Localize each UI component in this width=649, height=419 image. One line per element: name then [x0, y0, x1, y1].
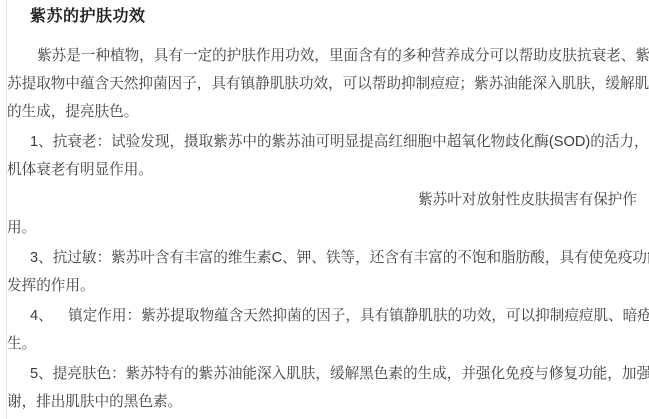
text-line: 4、 镇定作用：紫苏提取物蕴含天然抑菌的因子，具有镇静肌肤的功效，可以抑制痘痘肌… [7, 302, 637, 330]
intro-paragraph: 紫苏是一种植物，具有一定的护肤作用功效，里面含有的多种营养成分可以帮助皮肤抗衰老… [7, 42, 637, 126]
list-item-anti-allergy: 3、抗过敏：紫苏叶含有丰富的维生素C、钾、铁等，还含有丰富的不饱和脂肪酸，具有使… [7, 244, 637, 300]
list-item-radiation-protection: 紫苏叶对放射性皮肤损害有保护作 用。 [7, 186, 637, 242]
text-line: 5、提亮肤色：紫苏特有的紫苏油能深入肌肤，缓解黑色素的生成，并强化免疫与修复功能… [7, 360, 637, 388]
text-line: 的生成，提亮肤色。 [7, 98, 637, 126]
list-item-brightening: 5、提亮肤色：紫苏特有的紫苏油能深入肌肤，缓解黑色素的生成，并强化免疫与修复功能… [7, 360, 637, 416]
left-edge-divider [6, 0, 7, 419]
text-line: 生。 [7, 330, 637, 358]
article-page: 紫苏的护肤功效 紫苏是一种植物，具有一定的护肤作用功效，里面含有的多种营养成分可… [0, 0, 649, 419]
page-title: 紫苏的护肤功效 [7, 6, 637, 28]
list-item-anti-aging: 1、抗衰老：试验发现，摄取紫苏中的紫苏油可明显提高红细胞中超氧化物歧化酶(SOD… [7, 128, 637, 184]
text-line: 谢，排出肌肤中的黑色素。 [7, 388, 637, 416]
text-line: 机体衰老有明显作用。 [7, 156, 637, 184]
text-line: 用。 [7, 214, 637, 242]
text-line: 发挥的作用。 [7, 272, 637, 300]
text-line: 3、抗过敏：紫苏叶含有丰富的维生素C、钾、铁等，还含有丰富的不饱和脂肪酸，具有使… [7, 244, 637, 272]
text-line: 苏提取物中蕴含天然抑菌因子，具有镇静肌肤功效，可以帮助抑制痘痘；紫苏油能深入肌肤… [7, 70, 637, 98]
text-line: 1、抗衰老：试验发现，摄取紫苏中的紫苏油可明显提高红细胞中超氧化物歧化酶(SOD… [7, 128, 637, 156]
list-item-calming: 4、 镇定作用：紫苏提取物蕴含天然抑菌的因子，具有镇静肌肤的功效，可以抑制痘痘肌… [7, 302, 637, 358]
text-line-left: 紫苏是一种植物，具有一定的护肤作用功效，里面含有的多种营养成分可以帮助皮肤抗衰老… [37, 42, 635, 70]
text-line: 紫苏叶对放射性皮肤损害有保护作 [7, 186, 637, 214]
text-line-right: 紫 [635, 42, 649, 70]
text-line: 紫苏是一种植物，具有一定的护肤作用功效，里面含有的多种营养成分可以帮助皮肤抗衰老… [7, 42, 637, 70]
